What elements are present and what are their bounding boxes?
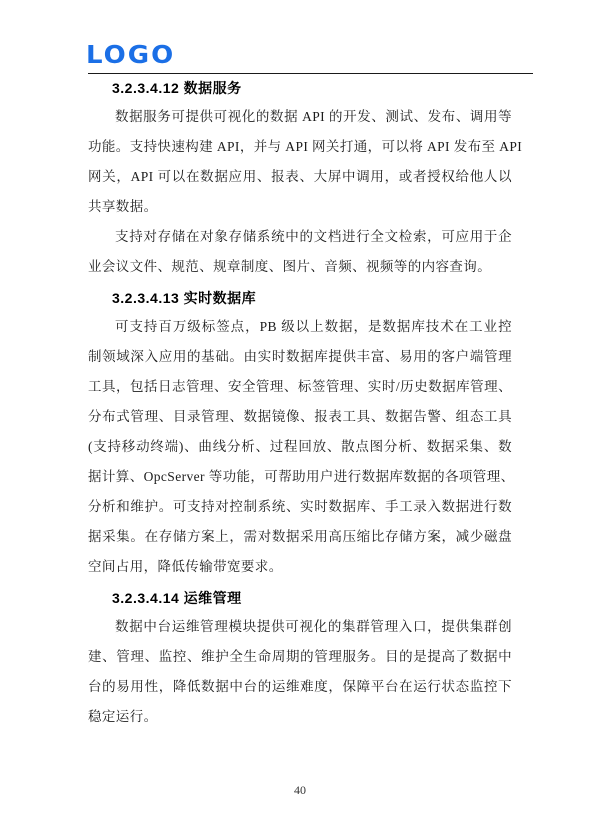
- section-realtime-database: 3.2.3.4.13 实时数据库 可支持百万级标签点，PB 级以上数据，是数据库…: [88, 288, 512, 582]
- text-line: 据计算、OpcServer 等功能，可帮助用户进行数据库数据的各项管理、: [88, 462, 512, 492]
- text-line: 工具，包括日志管理、安全管理、标签管理、实时/历史数据库管理、: [88, 372, 512, 402]
- paragraph: 数据中台运维管理模块提供可视化的集群管理入口，提供集群创建、管理、监控、维护全生…: [88, 612, 512, 732]
- text-line: 网关，API 可以在数据应用、报表、大屏中调用，或者授权给他人以: [88, 162, 512, 192]
- paragraph: 可支持百万级标签点，PB 级以上数据，是数据库技术在工业控制领域深入应用的基础。…: [88, 312, 512, 582]
- text-line: 建、管理、监控、维护全生命周期的管理服务。目的是提高了数据中: [88, 642, 512, 672]
- text-line: 台的易用性，降低数据中台的运维难度，保障平台在运行状态监控下: [88, 672, 512, 702]
- section-ops-management: 3.2.3.4.14 运维管理 数据中台运维管理模块提供可视化的集群管理入口，提…: [88, 588, 512, 732]
- paragraph: 支持对存储在对象存储系统中的文档进行全文检索，可应用于企业会议文件、规范、规章制…: [88, 222, 512, 282]
- paragraph: 数据服务可提供可视化的数据 API 的开发、测试、发布、调用等功能。支持快速构建…: [88, 102, 512, 222]
- section-heading-ops-management: 3.2.3.4.14 运维管理: [112, 588, 512, 608]
- section-heading-realtime-database: 3.2.3.4.13 实时数据库: [112, 288, 512, 308]
- text-line: 分布式管理、目录管理、数据镜像、报表工具、数据告警、组态工具: [88, 402, 512, 432]
- text-line: (支持移动终端)、曲线分析、过程回放、散点图分析、数据采集、数: [88, 432, 512, 462]
- text-line: 可支持百万级标签点，PB 级以上数据，是数据库技术在工业控: [88, 312, 512, 342]
- document-body: 3.2.3.4.12 数据服务 数据服务可提供可视化的数据 API 的开发、测试…: [88, 0, 512, 732]
- document-page: LOGO 3.2.3.4.12 数据服务 数据服务可提供可视化的数据 API 的…: [0, 0, 600, 829]
- text-line: 数据服务可提供可视化的数据 API 的开发、测试、发布、调用等: [88, 102, 512, 132]
- text-line: 据采集。在存储方案上，需对数据采用高压缩比存储方案，减少磁盘: [88, 522, 512, 552]
- text-line: 支持对存储在对象存储系统中的文档进行全文检索，可应用于企: [88, 222, 512, 252]
- text-line: 空间占用，降低传输带宽要求。: [88, 552, 512, 582]
- section-data-service: 3.2.3.4.12 数据服务 数据服务可提供可视化的数据 API 的开发、测试…: [88, 78, 512, 282]
- text-line: 制领域深入应用的基础。由实时数据库提供丰富、易用的客户端管理: [88, 342, 512, 372]
- text-line: 稳定运行。: [88, 702, 512, 732]
- page-number: 40: [294, 783, 306, 797]
- page-footer: 40: [0, 781, 600, 799]
- text-line: 业会议文件、规范、规章制度、图片、音频、视频等的内容查询。: [88, 252, 512, 282]
- text-line: 分析和维护。可支持对控制系统、实时数据库、手工录入数据进行数: [88, 492, 512, 522]
- text-line: 共享数据。: [88, 192, 512, 222]
- section-heading-data-service: 3.2.3.4.12 数据服务: [112, 78, 512, 98]
- text-line: 数据中台运维管理模块提供可视化的集群管理入口，提供集群创: [88, 612, 512, 642]
- text-line: 功能。支持快速构建 API，并与 API 网关打通，可以将 API 发布至 AP…: [88, 132, 512, 162]
